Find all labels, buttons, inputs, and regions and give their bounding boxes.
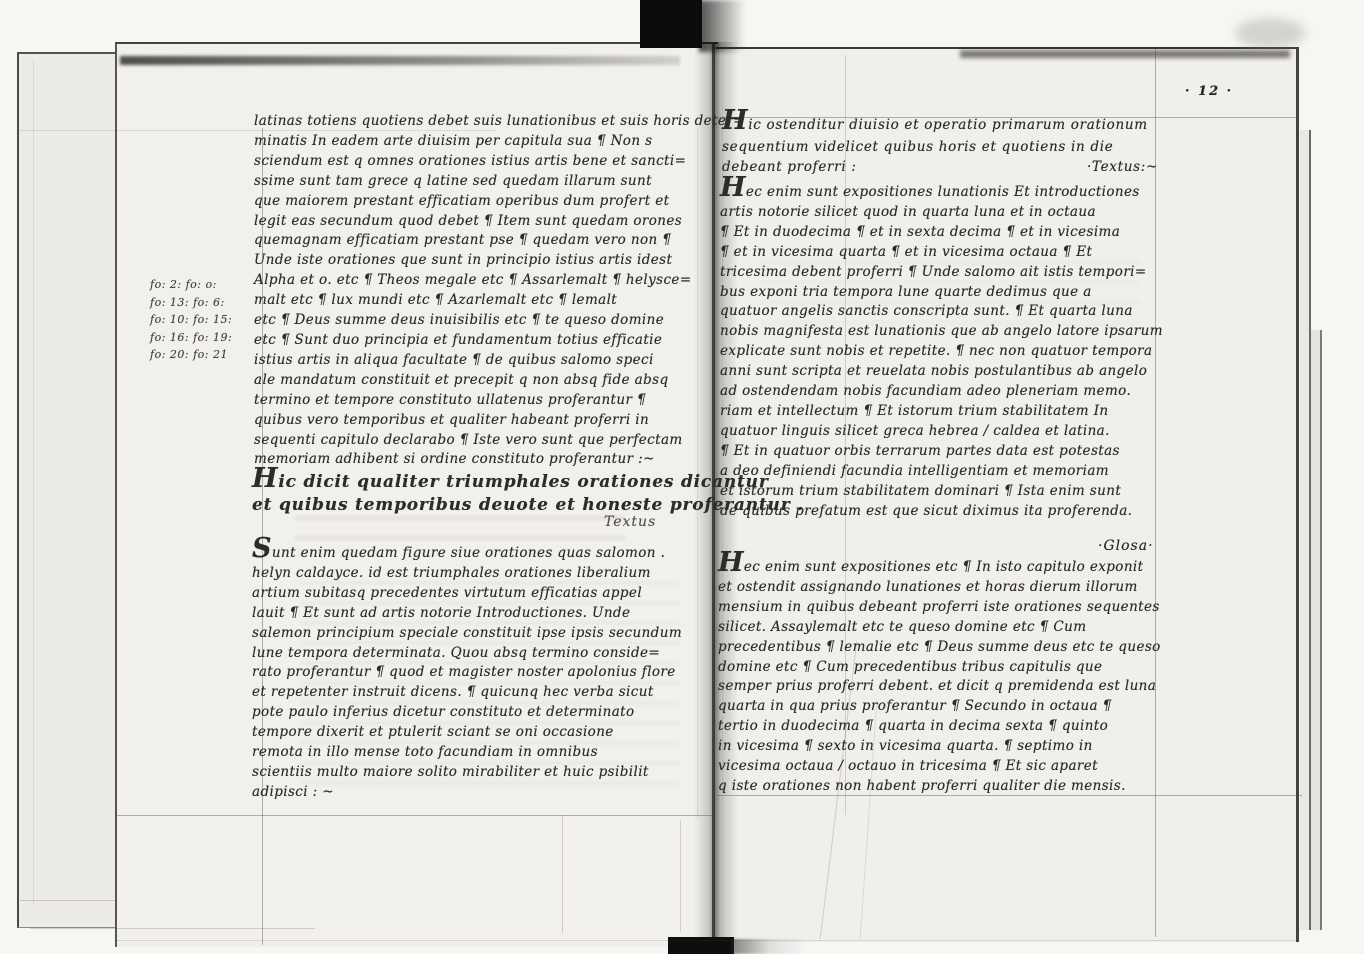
text-line: termino et tempore constituto ullatenus … bbox=[254, 391, 745, 411]
right-page-glosa-label: ·Glosa· bbox=[1098, 538, 1154, 554]
text-line: latinas totiens quotiens debet suis luna… bbox=[254, 112, 745, 132]
text-line: que maiorem prestant efficatiam operibus… bbox=[254, 192, 745, 212]
text-line: remota in illo mense toto facundiam in o… bbox=[252, 743, 682, 763]
left-page-textus-label: Textus bbox=[604, 514, 656, 530]
text-line: Unde iste orationes que sunt in principi… bbox=[254, 251, 745, 271]
text-line: tempore dixerit et ptulerit sciant se on… bbox=[252, 723, 682, 743]
left-page-body-2: Sunt enim quedam figure siue orationes q… bbox=[252, 542, 682, 803]
right-page-top-ink-smudge bbox=[960, 50, 1290, 58]
right-page-header-line-3: debeant proferri : ·Textus:~ bbox=[722, 157, 1158, 179]
text-line: quibus vero temporibus et qualiter habea… bbox=[254, 411, 745, 431]
text-line: ¶ Et in duodecima ¶ et in sexta decima ¶… bbox=[720, 223, 1163, 243]
text-line: fo: 10: fo: 15: bbox=[150, 311, 232, 329]
text-line: pote paulo inferius dicetur constituto e… bbox=[252, 703, 682, 723]
page-number: · 12 · bbox=[1185, 84, 1233, 99]
right-fore-edge-2 bbox=[1311, 330, 1322, 930]
text-line: memoriam adhibent si ordine constituto p… bbox=[254, 450, 745, 470]
text-line: et repetenter instruit dicens. ¶ quicunq… bbox=[252, 683, 682, 703]
text-line: riam et intellectum ¶ Et istorum trium s… bbox=[720, 402, 1163, 422]
text-line: malt etc ¶ lux mundi etc ¶ Azarlemalt et… bbox=[254, 291, 745, 311]
text-line: istius artis in aliqua facultate ¶ de qu… bbox=[254, 351, 745, 371]
text-line: adipisci : ~ bbox=[252, 783, 682, 803]
left-margin-folio-notes: fo: 2: fo: o:fo: 13: fo: 6:fo: 10: fo: 1… bbox=[150, 276, 232, 364]
text-line: sciendum est q omnes orationes istius ar… bbox=[254, 152, 745, 172]
text-line: tertio in duodecima ¶ quarta in decima s… bbox=[718, 717, 1161, 737]
left-page-body-1: latinas totiens quotiens debet suis luna… bbox=[254, 112, 745, 470]
text-line: sequentium videlicet quibus horis et quo… bbox=[722, 137, 1148, 159]
text-line: sequenti capitulo declarabo ¶ Iste vero … bbox=[254, 431, 745, 451]
text-line: et istorum trium stabilitatem dominari ¶… bbox=[720, 482, 1163, 502]
left-page-top-ink-smudge bbox=[120, 56, 680, 65]
text-line: q iste orationes non habent proferri qua… bbox=[718, 777, 1161, 797]
text-line: Sunt enim quedam figure siue orationes q… bbox=[252, 542, 682, 564]
text-line: explicate sunt nobis et repetite. ¶ nec … bbox=[720, 342, 1163, 362]
text-line: in vicesima ¶ sexto in vicesima quarta. … bbox=[718, 737, 1161, 757]
text-line: Alpha et o. etc ¶ Theos megale etc ¶ Ass… bbox=[254, 271, 745, 291]
text-line: Hec enim sunt expositiones etc ¶ In isto… bbox=[718, 556, 1161, 578]
text-line: artis notorie silicet quod in quarta lun… bbox=[720, 203, 1163, 223]
text-line: ¶ et in vicesima quarta ¶ et in vicesima… bbox=[720, 243, 1163, 263]
text-line: anni sunt scripta et reuelata nobis post… bbox=[720, 362, 1163, 382]
under-page-bottom-edge-2 bbox=[30, 928, 315, 929]
text-line: quarta in qua prius proferantur ¶ Secund… bbox=[718, 697, 1161, 717]
text-line: legit eas secundum quod debet ¶ Item sun… bbox=[254, 212, 745, 232]
text-line: minatis In eadem arte diuisim per capitu… bbox=[254, 132, 745, 152]
text-line: rato proferantur ¶ quod et magister nost… bbox=[252, 663, 682, 683]
text-line: quatuor angelis sanctis conscripta sunt.… bbox=[720, 302, 1163, 322]
text-line: ssime sunt tam grece q latine sed quedam… bbox=[254, 172, 745, 192]
under-page-bottom-edge-1 bbox=[20, 900, 115, 901]
text-line: de quibus prefatum est que sicut diximus… bbox=[720, 502, 1163, 522]
text-line: ¶ Et in quatuor orbis terrarum partes da… bbox=[720, 442, 1163, 462]
text-line: bus exponi tria tempora lune quarte dedi… bbox=[720, 283, 1163, 303]
text-line: etc ¶ Deus summe deus inuisibilis etc ¶ … bbox=[254, 311, 745, 331]
text-line: salemon principium speciale constituit i… bbox=[252, 624, 682, 644]
under-page-edge-line bbox=[33, 60, 34, 905]
left-page-crease-2 bbox=[680, 820, 681, 932]
text-line: fo: 13: fo: 6: bbox=[150, 294, 232, 312]
right-page-header: Hic ostenditur diuisio et operatio prima… bbox=[722, 114, 1148, 158]
page-bottom-edge-line bbox=[116, 940, 1298, 941]
left-page-crease-1 bbox=[562, 815, 563, 933]
text-line: fo: 16: fo: 19: bbox=[150, 329, 232, 347]
text-line: ad ostendendam nobis facundiam adeo plen… bbox=[720, 382, 1163, 402]
text-line: quemagnam efficatiam prestant pse ¶ qued… bbox=[254, 231, 745, 251]
text-line: precedentibus ¶ lemalie etc ¶ Deus summe… bbox=[718, 638, 1161, 658]
right-page-textus-label: ·Textus:~ bbox=[1087, 157, 1158, 179]
text-line: quatuor linguis silicet greca hebrea / c… bbox=[720, 422, 1163, 442]
left-page-bottom-rule-horizontal bbox=[116, 815, 713, 816]
binding-clamp-top bbox=[640, 0, 702, 48]
text-line: Hic ostenditur diuisio et operatio prima… bbox=[722, 114, 1148, 137]
text-line: silicet. Assaylemalt etc te queso domine… bbox=[718, 618, 1161, 638]
text-line: helyn caldayce. id est triumphales orati… bbox=[252, 564, 682, 584]
text-line: tricesima debent proferri ¶ Unde salomo … bbox=[720, 263, 1163, 283]
text-line: domine etc ¶ Cum precedentibus tribus ca… bbox=[718, 658, 1161, 678]
right-page-body-1: Hec enim sunt expositiones lunationis Et… bbox=[720, 181, 1163, 521]
manuscript-scan: · 12 · fo: 2: fo: o:fo: 13: fo: 6:fo: 10… bbox=[0, 0, 1364, 954]
text-line: nobis magnifesta est lunationis que ab a… bbox=[720, 322, 1163, 342]
text-line: fo: 2: fo: o: bbox=[150, 276, 232, 294]
binding-clamp-top-shadow bbox=[699, 0, 745, 52]
text-line: fo: 20: fo: 21 bbox=[150, 346, 232, 364]
text-line: etc ¶ Sunt duo principia et fundamentum … bbox=[254, 331, 745, 351]
binding-clamp-bottom-smear bbox=[732, 939, 807, 954]
text-line: scientiis multo maiore solito mirabilite… bbox=[252, 763, 682, 783]
text-line: lauit ¶ Et sunt ad artis notorie Introdu… bbox=[252, 604, 682, 624]
text-line: ale mandatum constituit et precepit q no… bbox=[254, 371, 745, 391]
text-line: vicesima octaua / octauo in tricesima ¶ … bbox=[718, 757, 1161, 777]
text-line: mensium in quibus debeant proferri iste … bbox=[718, 598, 1161, 618]
right-page-body-2: Hec enim sunt expositiones etc ¶ In isto… bbox=[718, 556, 1161, 797]
top-right-stain bbox=[1235, 18, 1305, 48]
text-line: et ostendit assignando lunationes et hor… bbox=[718, 578, 1161, 598]
text-line: artium subitasq precedentes virtutum eff… bbox=[252, 584, 682, 604]
text-line: a deo definiendi facundia intelligentiam… bbox=[720, 462, 1163, 482]
text-line: semper prius proferri debent. et dicit q… bbox=[718, 677, 1161, 697]
right-fore-edge-1 bbox=[1300, 130, 1311, 930]
text-line: Hec enim sunt expositiones lunationis Et… bbox=[720, 181, 1163, 203]
text-line: lune tempora determinata. Quou absq term… bbox=[252, 644, 682, 664]
